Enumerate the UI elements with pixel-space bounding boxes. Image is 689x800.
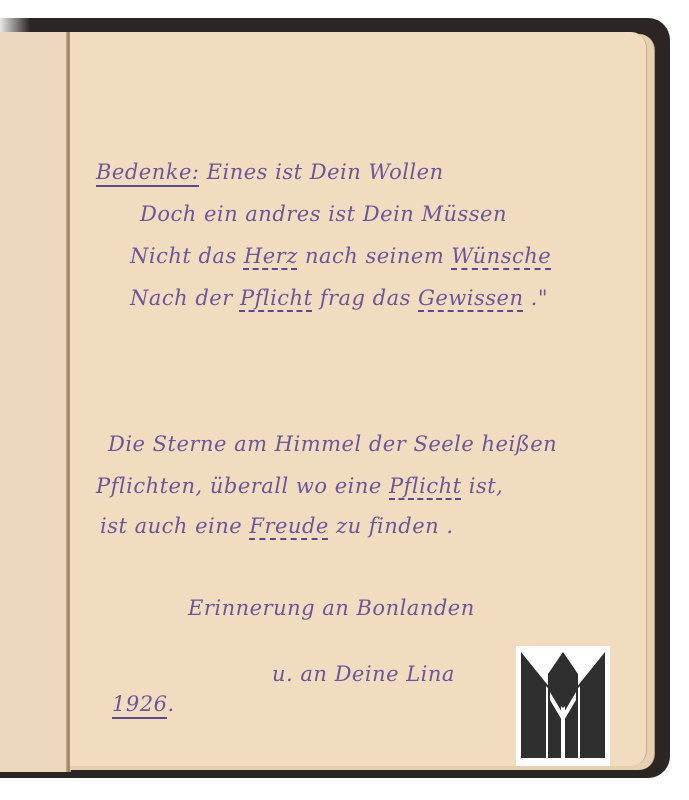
verse1-line4-end: ." <box>523 286 548 310</box>
signature-line2: u. an Deine Lina <box>272 662 455 686</box>
verse1-line1: Bedenke: Eines ist Dein Wollen <box>96 160 444 184</box>
verse1-line4: Nach der Pflicht frag das Gewissen ." <box>130 286 548 310</box>
verse1-line1-text: Eines ist Dein Wollen <box>207 160 444 184</box>
verse1-line3-mid: nach seinem <box>298 244 452 268</box>
verse2-line1: Die Sterne am Himmel der Seele heißen <box>108 432 557 456</box>
signature-line1: Erinnerung an Bonlanden <box>188 596 475 620</box>
left-page <box>0 32 68 772</box>
verse2-line2: Pflichten, überall wo eine Pflicht ist, <box>96 474 503 498</box>
underlined-word-gewissen: Gewissen <box>418 286 523 310</box>
underlined-word-wuensche: Wünsche <box>451 244 551 268</box>
underlined-word-freude: Freude <box>249 514 328 538</box>
verse2-line3: ist auch eine Freude zu finden . <box>100 514 454 538</box>
verse1-label: Bedenke: <box>96 160 199 187</box>
underlined-word-pflicht: Pflicht <box>240 286 313 310</box>
verse1-line4-mid: frag das <box>313 286 419 310</box>
verse2-line3-pre: ist auch eine <box>100 514 249 538</box>
verse1-line3: Nicht das Herz nach seinem Wünsche <box>130 244 551 268</box>
signature-year: 1926. <box>112 692 175 716</box>
verse1-line3-pre: Nicht das <box>130 244 244 268</box>
verse1-line2: Doch ein andres ist Dein Müssen <box>140 202 507 226</box>
mm-monogram-icon <box>516 646 610 766</box>
underlined-word-herz: Herz <box>244 244 298 268</box>
year-text: 1926 <box>112 692 167 719</box>
underlined-word-pflicht-2: Pflicht <box>389 474 462 498</box>
verse2-line2-end: ist, <box>462 474 504 498</box>
verse2-line2-pre: Pflichten, überall wo eine <box>96 474 389 498</box>
year-suffix: . <box>167 692 174 716</box>
mm-monogram-logo <box>516 646 610 766</box>
verse2-line3-end: zu finden . <box>329 514 454 538</box>
verse1-line4-pre: Nach der <box>130 286 240 310</box>
